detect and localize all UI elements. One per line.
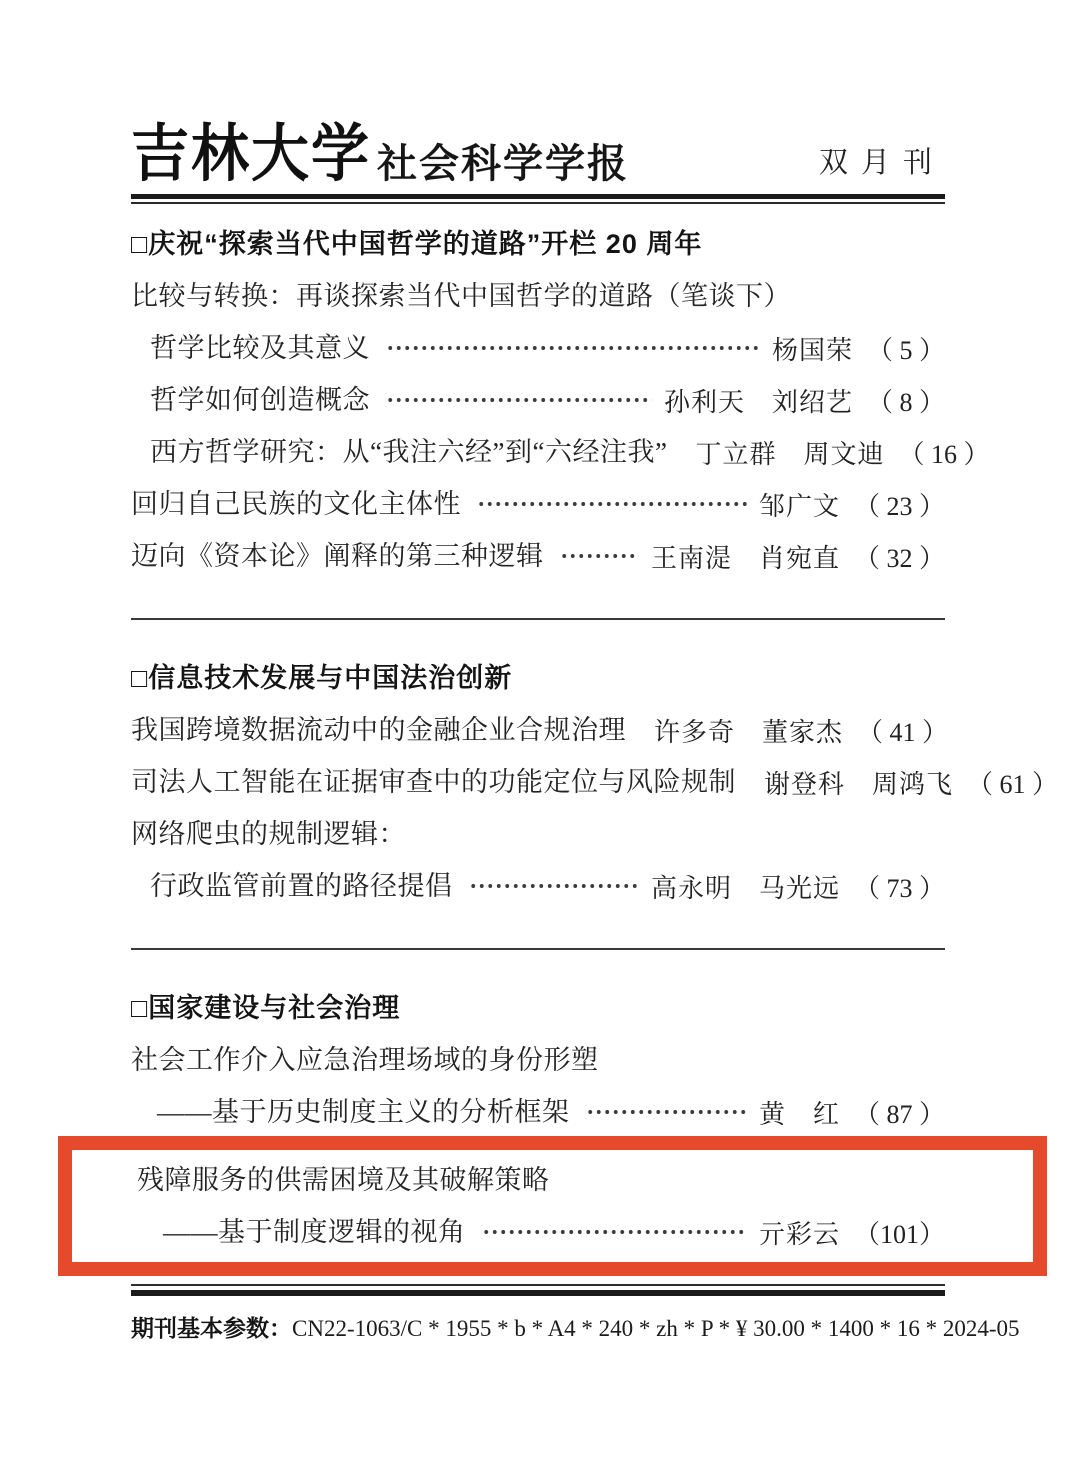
toc-entry-title: ——基于制度逻辑的视角 xyxy=(163,1206,466,1258)
toc-entry-title: ——基于历史制度主义的分析框架 xyxy=(157,1086,570,1138)
journal-toc-page: 吉林大学 社会科学学报 双月刊 □庆祝“探索当代中国哲学的道路”开栏 20 周年… xyxy=(0,0,1080,1473)
toc-entry: 网络爬虫的规制逻辑： xyxy=(131,808,945,860)
toc-entry-authors: 孙利天 刘绍艺 xyxy=(664,382,853,419)
dot-leader xyxy=(482,1229,747,1235)
toc-entry-page: （ 32 ） xyxy=(854,538,945,575)
toc-entry-page: （ 73 ） xyxy=(854,868,945,905)
toc-entry-authors: 邹广文 xyxy=(759,486,840,523)
journal-parameters-line: 期刊基本参数： CN22-1063/C * 1955 * b * A4 * 24… xyxy=(131,1312,945,1344)
journal-name: 社会科学学报 xyxy=(377,144,629,186)
toc-entry-title: 社会工作介入应急治理场域的身份形塑 xyxy=(131,1034,599,1086)
section-title: □国家建设与社会治理 xyxy=(131,982,945,1034)
toc-entry-title: 我国跨境数据流动中的金融企业合规治理 xyxy=(131,704,626,756)
masthead-rule-thin xyxy=(131,202,945,204)
toc-entry-page: （ 41 ） xyxy=(857,712,948,749)
toc-entry: 哲学比较及其意义 杨国荣 （ 5 ） xyxy=(131,322,945,374)
toc-entry: 司法人工智能在证据审查中的功能定位与风险规制 谢登科 周鸿飞 （ 61 ） xyxy=(131,756,945,808)
highlight-box: 残障服务的供需困境及其破解策略 ——基于制度逻辑的视角 亓彩云 （101） xyxy=(58,1136,1047,1276)
toc-entry-authors: 谢登科 周鸿飞 xyxy=(764,764,953,801)
section-title: □信息技术发展与中国法治创新 xyxy=(131,652,945,704)
page-content: 吉林大学 社会科学学报 双月刊 □庆祝“探索当代中国哲学的道路”开栏 20 周年… xyxy=(131,0,945,1344)
toc-entry-page: （ 61 ） xyxy=(967,764,1058,801)
dot-leader xyxy=(586,1109,747,1115)
dot-leader xyxy=(469,883,639,889)
section-it-law-innovation: □信息技术发展与中国法治创新 我国跨境数据流动中的金融企业合规治理 许多奇 董家… xyxy=(131,652,945,912)
toc-entry-authors: 丁立群 周文迪 xyxy=(695,434,884,471)
toc-entry-title: 哲学如何创造概念 xyxy=(150,374,370,426)
journal-parameters-label: 期刊基本参数： xyxy=(131,1312,292,1344)
toc-entry-title: 司法人工智能在证据审查中的功能定位与风险规制 xyxy=(131,756,736,808)
toc-entry-authors: 王南湜 肖宛直 xyxy=(651,538,840,575)
toc-entry-title: 残障服务的供需困境及其破解策略 xyxy=(137,1154,550,1206)
toc-entry-authors: 亓彩云 xyxy=(759,1214,840,1251)
toc-entry-title: 回归自己民族的文化主体性 xyxy=(131,478,461,530)
toc-entry: 比较与转换：再谈探索当代中国哲学的道路（笔谈下） xyxy=(131,270,945,322)
masthead: 吉林大学 社会科学学报 双月刊 xyxy=(131,0,945,186)
section-philosophy-anniversary: □庆祝“探索当代中国哲学的道路”开栏 20 周年 比较与转换：再谈探索当代中国哲… xyxy=(131,218,945,582)
toc-entry-page: （ 23 ） xyxy=(854,486,945,523)
journal-brand: 吉林大学 社会科学学报 xyxy=(131,128,629,186)
footer-rule-thick xyxy=(131,1290,945,1296)
toc-entry-title: 网络爬虫的规制逻辑： xyxy=(131,808,406,860)
toc-entry-highlighted: 残障服务的供需困境及其破解策略 xyxy=(137,1154,945,1206)
toc-entry-authors: 许多奇 董家杰 xyxy=(654,712,843,749)
university-calligraphy-logo: 吉林大学 xyxy=(131,123,371,186)
journal-parameters-value: CN22-1063/C * 1955 * b * A4 * 240 * zh *… xyxy=(292,1313,1020,1345)
issue-frequency-label: 双月刊 xyxy=(819,149,945,186)
section-divider xyxy=(131,948,945,950)
section-state-social-governance: □国家建设与社会治理 社会工作介入应急治理场域的身份形塑 ——基于历史制度主义的… xyxy=(131,982,945,1276)
toc-entry: 行政监管前置的路径提倡 高永明 马光远 （ 73 ） xyxy=(131,860,945,912)
dot-leader xyxy=(386,397,652,403)
toc-entry-authors: 黄 红 xyxy=(759,1094,840,1131)
toc-entry-page: （101） xyxy=(854,1214,945,1251)
toc-entry-page: （ 5 ） xyxy=(867,330,945,367)
toc-entry-title: 比较与转换：再谈探索当代中国哲学的道路（笔谈下） xyxy=(131,270,791,322)
masthead-rule-thick xyxy=(131,194,945,199)
toc-entry: ——基于历史制度主义的分析框架 黄 红 （ 87 ） xyxy=(131,1086,945,1138)
toc-entry: 西方哲学研究：从“我注六经”到“六经注我” 丁立群 周文迪 （ 16 ） xyxy=(131,426,945,478)
toc-entry-highlighted: ——基于制度逻辑的视角 亓彩云 （101） xyxy=(137,1206,945,1258)
toc-entry-authors: 杨国荣 xyxy=(772,330,853,367)
toc-entry-title: 迈向《资本论》阐释的第三种逻辑 xyxy=(131,530,544,582)
section-title: □庆祝“探索当代中国哲学的道路”开栏 20 周年 xyxy=(131,218,945,270)
dot-leader xyxy=(560,553,639,559)
toc-entry-title: 西方哲学研究：从“我注六经”到“六经注我” xyxy=(150,426,667,478)
toc-entry: 哲学如何创造概念 孙利天 刘绍艺 （ 8 ） xyxy=(131,374,945,426)
dot-leader xyxy=(477,501,747,507)
toc-entry-authors: 高永明 马光远 xyxy=(651,868,840,905)
section-divider xyxy=(131,618,945,620)
footer-rule-thin xyxy=(131,1284,945,1286)
toc-entry-page: （ 16 ） xyxy=(898,434,989,471)
toc-entry: 迈向《资本论》阐释的第三种逻辑 王南湜 肖宛直 （ 32 ） xyxy=(131,530,945,582)
toc-entry-page: （ 87 ） xyxy=(854,1094,945,1131)
toc-entry: 我国跨境数据流动中的金融企业合规治理 许多奇 董家杰 （ 41 ） xyxy=(131,704,945,756)
toc-entry: 社会工作介入应急治理场域的身份形塑 xyxy=(131,1034,945,1086)
toc-entry: 回归自己民族的文化主体性 邹广文 （ 23 ） xyxy=(131,478,945,530)
toc-entry-title: 行政监管前置的路径提倡 xyxy=(150,860,453,912)
dot-leader xyxy=(386,345,760,351)
toc-entry-page: （ 8 ） xyxy=(867,382,945,419)
toc-entry-title: 哲学比较及其意义 xyxy=(150,322,370,374)
